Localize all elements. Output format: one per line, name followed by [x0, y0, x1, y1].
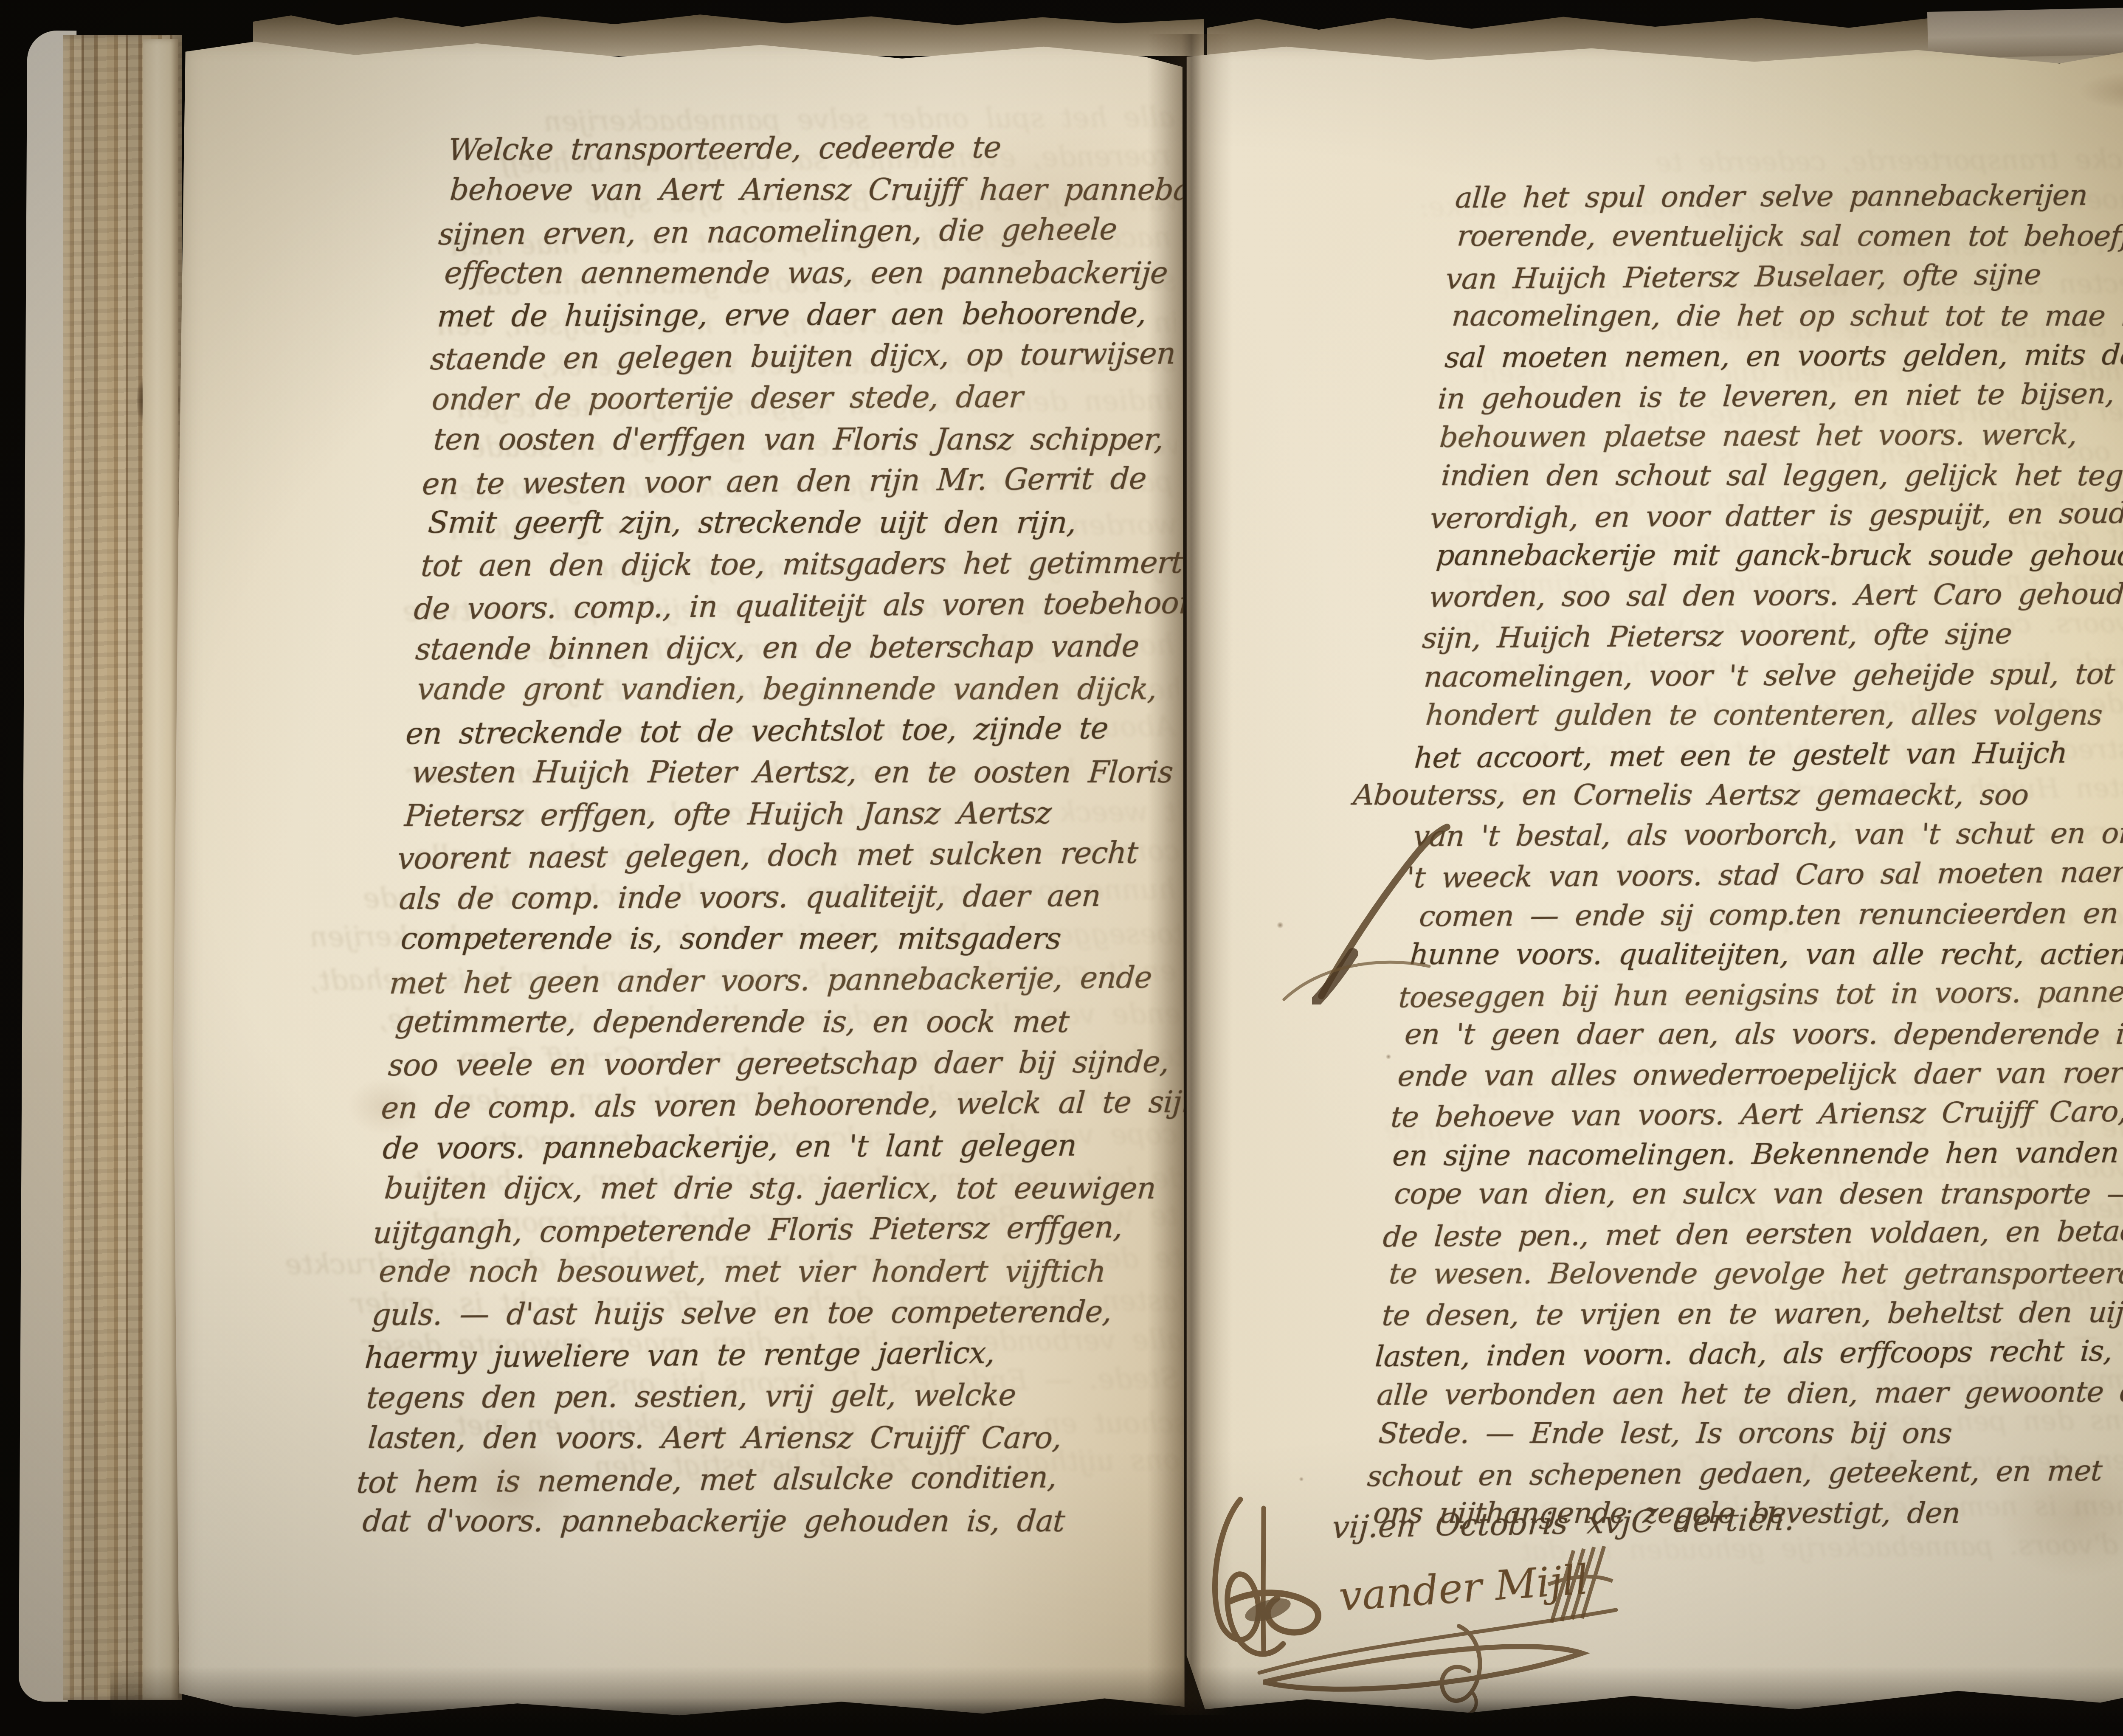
margin-stroke-icon — [1281, 949, 1433, 1009]
manuscript-line: hondert gulden te contenteren, alles vol… — [1424, 695, 2123, 735]
manuscript-line: behoeve van Aert Ariensz Cruijff haer pa… — [448, 169, 1185, 211]
manuscript-line: sijnen erven, en nacomelingen, die gehee… — [437, 208, 1185, 256]
top-edge-curl — [1927, 5, 2123, 59]
manuscript-line: lasten, inden voorn. dach, als erffcoops… — [1374, 1331, 2123, 1377]
manuscript-line: staende binnen dijcx, en de beterschap v… — [414, 625, 1185, 670]
manuscript-line: hunne voors. qualiteijten, van alle rech… — [1408, 935, 2123, 975]
manuscript-line: nacomelingen, die het op schut tot te ma… — [1450, 296, 2123, 336]
manuscript-line: comen — ende sij comp.ten renuncieerden … — [1418, 893, 2123, 937]
manuscript-line: toeseggen bij hun eenigsins tot in voors… — [1397, 972, 2123, 1018]
manuscript-line: tot aen den dijck toe, mitsgaders het ge… — [420, 542, 1185, 587]
manuscript-line: dat d'voors. pannebackerije gehouden is,… — [361, 1500, 1150, 1542]
manuscript-line: Smit geerft zijn, streckende uijt den ri… — [427, 502, 1185, 543]
manuscript-line: staende en gelegen buijten dijcx, op tou… — [429, 332, 1185, 380]
manuscript-line: indien den schout sal leggen, gelijck he… — [1440, 456, 2123, 496]
manuscript-line: Abouterss, en Cornelis Aertsz gemaeckt, … — [1352, 775, 2123, 815]
manuscript-line: lasten, den voors. Aert Ariensz Cruijff … — [366, 1417, 1155, 1459]
manuscript-line: guls. — d'ast huijs selve en toe compete… — [371, 1291, 1163, 1336]
manuscript-line: 't weeck van voors. stad Caro sal moeten… — [1405, 852, 2123, 898]
manuscript-line: buijten dijcx, met drie stg. jaerlicx, t… — [383, 1168, 1171, 1209]
manuscript-line: getimmerte, dependerende is, en oock met — [394, 1001, 1183, 1043]
manuscript-line: westen Huijch Pieter Aertsz, en te ooste… — [410, 751, 1185, 793]
left-page: alle het spul onder selve pannebackerije… — [173, 37, 1185, 1724]
manuscript-line: Pietersz erffgen, ofte Huijch Jansz Aert… — [403, 791, 1185, 836]
manuscript-line: tegens den pen. sestien, vrij gelt, welc… — [365, 1374, 1158, 1419]
manuscript-line: en streckende tot de vechtslot toe, zijn… — [405, 707, 1185, 755]
manuscript-line: van 't bestal, als voorborch, van 't sch… — [1412, 813, 2123, 857]
manuscript-line: van Huijch Pietersz Buselaer, ofte sijne — [1444, 253, 2123, 300]
manuscript-line: ende noch besouwet, met vier hondert vij… — [377, 1251, 1166, 1292]
manuscript-scan: alle het spul onder selve pannebackerije… — [0, 0, 2123, 1736]
manuscript-line: ten oosten d'erffgen van Floris Jansz sc… — [432, 419, 1185, 460]
manuscript-line: nacomelingen, voor 't selve geheijde spu… — [1422, 654, 2123, 697]
manuscript-line: vande gront vandien, beginnende vanden d… — [416, 668, 1185, 710]
manuscript-line: sal moeten nemen, en voorts gelden, mits… — [1444, 335, 2123, 378]
manuscript-line: alle het spul onder selve pannebackerije… — [1454, 175, 2123, 218]
manuscript-line: alle verbonden aen het te dien, maer gew… — [1375, 1372, 2123, 1415]
left-page-text-block: Welcke transporteerde, cedeerde tebehoev… — [357, 126, 1185, 1544]
right-page: Welcke transporteerde, cedeerde tebehoev… — [1185, 40, 2123, 1723]
manuscript-line: te behoeve van voors. Aert Ariensz Cruij… — [1390, 1092, 2123, 1138]
manuscript-line: cope van dien, en sulcx van desen transp… — [1393, 1174, 2123, 1214]
manuscript-line: het accoort, met een te gestelt van Huij… — [1413, 732, 2123, 779]
manuscript-line: sijn, Huijch Pietersz voorent, ofte sijn… — [1421, 613, 2123, 659]
manuscript-line: worden, soo sal den voors. Aert Caro geh… — [1428, 574, 2123, 617]
manuscript-line: en 't geen daer aen, als voors. depender… — [1403, 1015, 2123, 1055]
manuscript-line: met de huijsinge, erve daer aen behooren… — [436, 292, 1185, 337]
manuscript-line: Welcke transporteerde, cedeerde te — [447, 126, 1185, 171]
manuscript-line: als de comp. inde voors. qualiteijt, dae… — [398, 875, 1185, 920]
signature-paraph-icon — [1215, 1500, 1318, 1654]
manuscript-line: soo veele en voorder gereetschap daer bi… — [387, 1041, 1180, 1086]
manuscript-line: tot hem is nemende, met alsulcke conditi… — [355, 1456, 1152, 1504]
manuscript-line: en sijne nacomelingen. Bekennende hen va… — [1391, 1133, 2123, 1176]
manuscript-line: uijtgangh, competerende Floris Pietersz … — [372, 1206, 1168, 1254]
manuscript-line: en te westen voor aen den rijn Mr. Gerri… — [421, 457, 1185, 505]
manuscript-line: behouwen plaetse naest het voors. werck, — [1438, 414, 2123, 458]
manuscript-line: onder de poorterije deser stede, daer — [431, 375, 1185, 420]
manuscript-line: met het geen ander voors. pannebackerije… — [388, 957, 1185, 1004]
manuscript-line: in gehouden is te leveren, en niet te bi… — [1436, 373, 2123, 419]
manuscript-line: roerende, eventuelijck sal comen tot beh… — [1456, 217, 2123, 256]
left-page-edge-strip — [143, 39, 178, 1700]
manuscript-line: verordigh, en voor datter is gespuijt, e… — [1429, 493, 2123, 539]
manuscript-line: de leste pen., met den eersten voldaen, … — [1382, 1211, 2123, 1258]
manuscript-line: te desen, te vrijen en te waren, behelts… — [1381, 1292, 2123, 1336]
manuscript-line: competerende is, sonder meer, mitsgaders — [400, 918, 1185, 959]
signature-block: vander Mijll — [1200, 1483, 1692, 1720]
manuscript-line: de voors. pannebackerije, en 't lant gel… — [381, 1124, 1174, 1169]
manuscript-line: haermy juweliere van te rentge jaerlicx, — [363, 1331, 1160, 1379]
manuscript-line: voorent naest gelegen, doch met sulcken … — [396, 832, 1185, 880]
manuscript-line: pannebackerije mit ganck-bruck soude geh… — [1435, 536, 2123, 576]
manuscript-line: ende van alles onwederroepelijck daer va… — [1397, 1053, 2123, 1096]
signature-name: vander Mijll — [1337, 1556, 1590, 1621]
manuscript-line: de voors. comp., in qualiteijt als voren… — [413, 582, 1185, 630]
manuscript-line: te wesen. Belovende gevolge het getransp… — [1388, 1254, 2123, 1294]
right-page-text-block: alle het spul onder selve pannebackerije… — [1368, 175, 2123, 1535]
manuscript-line: en de comp. als voren behoorende, welck … — [380, 1081, 1177, 1129]
manuscript-line: Stede. — Ende lest, Is orcons bij ons — [1377, 1414, 2123, 1454]
manuscript-line: effecten aennemende was, een pannebacker… — [443, 252, 1185, 294]
